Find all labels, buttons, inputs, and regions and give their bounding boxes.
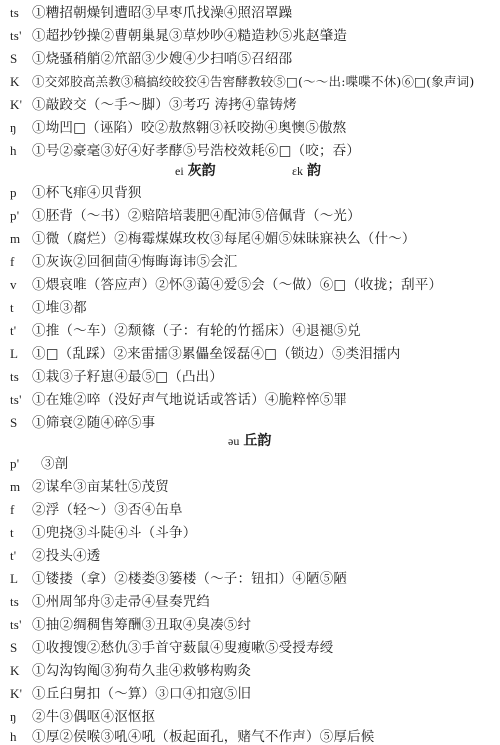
heading-ei-rhyme: ei灰韵 [175,161,216,181]
row-h: h①号②豪毫③好④好孝酵⑤号浩校效耗⑥□（咬；吞） [10,141,360,161]
row-k: K①勾沟钩阄③狗苟久韭④救够构购灸 [10,661,251,681]
initial-label: v [10,275,32,295]
initial-label: K' [10,684,32,704]
initial-label: h [10,141,32,161]
row-text: ①超抄钞操②曹朝巢晁③草炒吵④糙造耖⑤兆赵肇造 [32,26,347,46]
row-text: ①州周邹舟③走帚④昼奏咒绉 [32,592,210,612]
row-s: S①筛衰②随④碎⑤事 [10,413,155,433]
row-s: S①烧骚稍艄②笊韶③少嫂④少扫哨⑤召绍邵 [10,49,292,69]
row-text: ①灰诙②回徊茴④悔晦诲讳⑤会汇 [32,252,238,272]
row-text: ①筛衰②随④碎⑤事 [32,413,155,433]
initial-label: S [10,49,32,69]
row-p-aspirated: p' ③剖 [10,454,68,474]
heading-au-rhyme: əu丘韵 [228,431,271,451]
row-text: ①堆③都 [32,298,87,318]
heading-ipa: ei [175,164,184,178]
row-h: h①厚②侯喉③吼④吼（板起面孔，赌气不作声）⑤厚后候 [10,727,375,745]
initial-label: L [10,344,32,364]
row-text: ①收搜馊②愁仇③手首守薮鼠④叟瘦嗽⑤受授寿绶 [32,638,333,658]
row-text: ①厚②侯喉③吼④吼（板起面孔，赌气不作声）⑤厚后候 [32,727,375,745]
heading-label: 韵 [307,163,321,179]
row-text: ①微（腐烂）②梅霉煤媒玫枚③每尾④媚⑤妹昧寐袂么（什～） [32,229,416,249]
initial-label: t [10,523,32,543]
row-text: ①抽②绸稠售筹酬③丑取④臭凑⑤纣 [32,615,251,635]
row-ng: ŋ①坳凹□（诬陷）咬②敖熬翱③袄咬拗④奥懊⑤傲熬 [10,118,346,138]
initial-label: t' [10,321,32,341]
initial-label: S [10,413,32,433]
row-text: ②投头④透 [32,546,101,566]
heading-ipa: ɛk [292,164,303,178]
row-text: ①栽③子籽崽④最⑤□（凸出） [32,367,223,387]
initial-label: t' [10,546,32,566]
row-ts-aspirated: ts'①在雉②啐（没好声气地说话或答话）④脆粹悴⑤罪 [10,390,347,410]
row-text: ②浮（轻～）③否④缶阜 [32,500,183,520]
row-text: ①杯飞痱④贝背狈 [32,183,142,203]
row-text: ①交郊胶高羔教③稿搞绞皎狡④告窖酵教较⑤□(～～出:喋喋不休)⑥□(象声词) [32,72,474,92]
heading-ipa: əu [228,434,239,448]
row-text: ①号②豪毫③好④好孝酵⑤号浩校效耗⑥□（咬；吞） [32,141,360,161]
initial-label: f [10,252,32,272]
row-k: K①交郊胶高羔教③稿搞绞皎狡④告窖酵教较⑤□(～～出:喋喋不休)⑥□(象声词) [10,72,474,92]
row-m: m①微（腐烂）②梅霉煤媒玫枚③每尾④媚⑤妹昧寐袂么（什～） [10,229,416,249]
row-f: f②浮（轻～）③否④缶阜 [10,500,183,520]
row-k-aspirated: K'①丘臼舅扣（～算）③口④扣寇⑤旧 [10,684,251,704]
row-text: ①在雉②啐（没好声气地说话或答话）④脆粹悴⑤罪 [32,390,347,410]
heading-ek-rhyme: ɛk韵 [292,161,321,181]
initial-label: ŋ [10,118,32,138]
row-text: ①□（乱踩）②来雷擂③累儡垒馁磊④□（锁边）⑤类泪擂内 [32,344,400,364]
row-text: ①勾沟钩阄③狗苟久韭④救够构购灸 [32,661,251,681]
initial-label: S [10,638,32,658]
row-t-aspirated: t'②投头④透 [10,546,101,566]
row-text: ①丘臼舅扣（～算）③口④扣寇⑤旧 [32,684,251,704]
initial-label: ts' [10,26,32,46]
initial-label: m [10,229,32,249]
row-v: v①煨哀唯（答应声）②怀③蔼④爱⑤会（～做）⑥□（收拢；刮平） [10,275,442,295]
initial-label: K [10,661,32,681]
row-l: L①镂搂（拿）②楼娄③篓楼（～子：钮扣）④陋⑤陋 [10,569,347,589]
row-text: ①糟招朝燥钊遭昭③早枣爪找澡④照沼罩躁 [32,3,292,23]
row-text: ③剖 [32,454,68,474]
row-t-aspirated: t'①推（～车）②颓篠（子：有轮的竹摇床）④退褪⑤兑 [10,321,361,341]
initial-label: L [10,569,32,589]
row-ts: ts①州周邹舟③走帚④昼奏咒绉 [10,592,210,612]
row-ts-aspirated: ts'①超抄钞操②曹朝巢晁③草炒吵④糙造耖⑤兆赵肇造 [10,26,347,46]
initial-label: K [10,72,32,92]
row-text: ①胚背（～书）②赔陪培裴肥④配沛⑤倍佩背（～光） [32,206,361,226]
initial-label: ts [10,367,32,387]
row-p-aspirated: p'①胚背（～书）②赔陪培裴肥④配沛⑤倍佩背（～光） [10,206,361,226]
row-text: ①镂搂（拿）②楼娄③篓楼（～子：钮扣）④陋⑤陋 [32,569,347,589]
initial-label: t [10,298,32,318]
row-text: ②谋牟③亩某牡⑤茂贸 [32,477,169,497]
row-k-aspirated: K'①敲跤交（～手～脚）③考巧 涛拷④靠铸烤 [10,95,297,115]
row-text: ①坳凹□（诬陷）咬②敖熬翱③袄咬拗④奥懊⑤傲熬 [32,118,346,138]
initial-label: ts [10,3,32,23]
row-ts: ts①糟招朝燥钊遭昭③早枣爪找澡④照沼罩躁 [10,3,292,23]
row-p: p①杯飞痱④贝背狈 [10,183,142,203]
row-t: t①堆③都 [10,298,87,318]
initial-label: p' [10,206,32,226]
initial-label: f [10,500,32,520]
initial-label: ts' [10,615,32,635]
row-ts-aspirated: ts'①抽②绸稠售筹酬③丑取④臭凑⑤纣 [10,615,251,635]
row-text: ①推（～车）②颓篠（子：有轮的竹摇床）④退褪⑤兑 [32,321,361,341]
initial-label: h [10,727,32,745]
initial-label: ts [10,592,32,612]
initial-label: K' [10,95,32,115]
row-text: ①兜挠③斗陡④斗（斗争） [32,523,196,543]
initial-label: ŋ [10,707,32,727]
row-text: ①煨哀唯（答应声）②怀③蔼④爱⑤会（～做）⑥□（收拢；刮平） [32,275,442,295]
initial-label: p [10,183,32,203]
initial-label: ts' [10,390,32,410]
row-ts: ts①栽③子籽崽④最⑤□（凸出） [10,367,223,387]
heading-label: 灰韵 [188,163,216,179]
row-s: S①收搜馊②愁仇③手首守薮鼠④叟瘦嗽⑤受授寿绶 [10,638,333,658]
row-m: m②谋牟③亩某牡⑤茂贸 [10,477,169,497]
row-text: ①烧骚稍艄②笊韶③少嫂④少扫哨⑤召绍邵 [32,49,292,69]
initial-label: p' [10,454,32,474]
row-text: ②牛③偶呕④沤怄抠 [32,707,155,727]
heading-label: 丘韵 [243,433,271,449]
row-text: ①敲跤交（～手～脚）③考巧 涛拷④靠铸烤 [32,95,297,115]
row-f: f①灰诙②回徊茴④悔晦诲讳⑤会汇 [10,252,238,272]
initial-label: m [10,477,32,497]
row-t: t①兜挠③斗陡④斗（斗争） [10,523,196,543]
row-l: L①□（乱踩）②来雷擂③累儡垒馁磊④□（锁边）⑤类泪擂内 [10,344,400,364]
row-ng: ŋ②牛③偶呕④沤怄抠 [10,707,155,727]
